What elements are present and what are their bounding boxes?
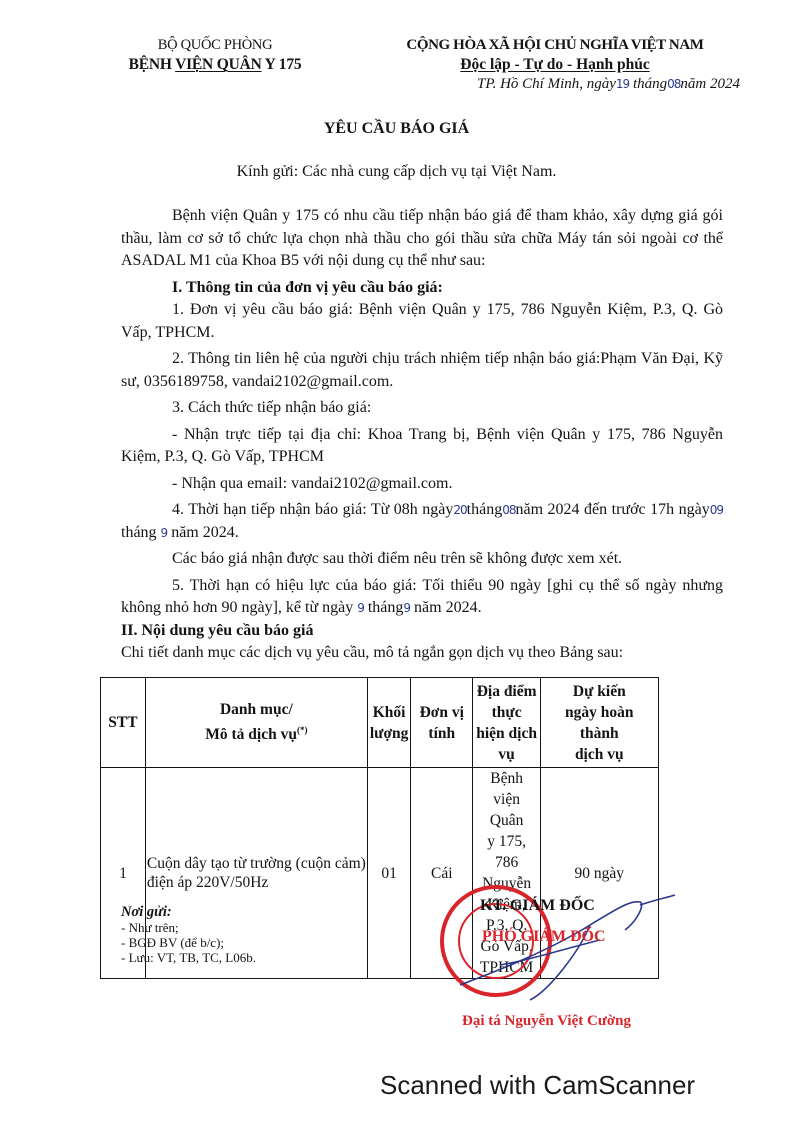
issuer-header: BỘ QUỐC PHÒNG BỆNH VIỆN QUÂN Y 175 <box>100 36 330 74</box>
item-4-text-5: năm 2024. <box>167 524 239 541</box>
header-eta-line-1: Dự kiến <box>573 683 626 700</box>
distribution-item: - Lưu: VT, TB, TC, L06b. <box>121 950 256 965</box>
header-stt: STT <box>101 678 146 768</box>
header-unit-line-1: Đơn vị <box>420 704 464 721</box>
header-unit: Đơn vịtính <box>411 678 473 768</box>
section-2-heading: II. Nội dung yêu cầu báo giá <box>121 620 723 643</box>
item-4-text-4: tháng <box>121 524 161 541</box>
section-1-heading: I. Thông tin của đơn vị yêu cầu báo giá: <box>121 277 723 300</box>
header-unit-line-2: tính <box>428 725 455 742</box>
cell-quantity: 01 <box>367 768 411 979</box>
place-line-1: Bệnh viện Quân <box>490 770 524 829</box>
item-4-from-month-handwritten: 08 <box>502 503 515 517</box>
nation-name: CỘNG HÒA XÃ HỘI CHỦ NGHĨA VIỆT NAM <box>370 36 740 55</box>
section-1-item-1: 1. Đơn vị yêu cầu báo giá: Bệnh viện Quâ… <box>121 299 723 344</box>
distribution-item: - Như trên; <box>121 920 256 935</box>
date-day-handwritten: 19 <box>616 77 629 91</box>
item-4-text-1: 4. Thời hạn tiếp nhận báo giá: Từ 08h ng… <box>172 501 453 518</box>
date-year: năm 2024 <box>680 76 740 92</box>
header-eta-line-4: dịch vụ <box>575 746 624 763</box>
header-place-line-1: Địa điểm thực <box>477 683 537 721</box>
item-4-text-3: năm 2024 đến trước 17h ngày <box>516 501 710 518</box>
section-1-item-3-email: - Nhận qua email: vandai2102@gmail.com. <box>121 473 723 496</box>
signer-position: PHÓ GIÁM ĐỐC <box>482 928 606 946</box>
national-header: CỘNG HÒA XÃ HỘI CHỦ NGHĨA VIỆT NAM Độc l… <box>370 36 740 75</box>
section-1-item-3: 3. Cách thức tiếp nhận báo giá: <box>121 397 723 420</box>
place-line-2: y 175, 786 <box>487 833 526 871</box>
table-header-row: STT Danh mục/Mô tả dịch vụ(*) Khốilượng … <box>101 678 732 768</box>
header-description: Danh mục/Mô tả dịch vụ(*) <box>145 678 367 768</box>
document-title: YÊU CẦU BÁO GIÁ <box>0 120 793 138</box>
item-4-to-day-handwritten: 09 <box>710 503 723 517</box>
footnote-marker: (*) <box>297 725 308 735</box>
signing-authority: KT. GIÁM ĐỐC <box>480 897 595 915</box>
ministry-name: BỘ QUỐC PHÒNG <box>100 36 330 55</box>
item-5-text-2: tháng <box>364 599 404 616</box>
header-description-line-1: Danh mục/ <box>220 701 293 718</box>
section-1-item-2: 2. Thông tin liên hệ của người chịu trác… <box>121 348 723 393</box>
section-2-lead: Chi tiết danh mục các dịch vụ yêu cầu, m… <box>121 642 723 665</box>
national-motto: Độc lập - Tự do - Hạnh phúc <box>460 56 649 73</box>
unit-name: BỆNH VIỆN QUÂN Y 175 <box>100 55 330 74</box>
item-4-from-day-handwritten: 20 <box>453 503 466 517</box>
item-5-text-3: năm 2024. <box>410 599 482 616</box>
unit-name-suffix: Y 175 <box>262 56 302 73</box>
distribution-list: Nơi gửi: - Như trên; - BGĐ BV (để b/c); … <box>121 905 256 965</box>
date-prefix: TP. Hồ Chí Minh, ngày <box>477 76 616 92</box>
unit-name-underlined: VIỆN QUÂN <box>175 56 261 73</box>
header-place: Địa điểm thựchiện dịch vụ <box>473 678 541 768</box>
document-body: Bệnh viện Quân y 175 có nhu cầu tiếp nhậ… <box>121 205 723 665</box>
recipient-line: Kính gửi: Các nhà cung cấp dịch vụ tại V… <box>0 163 793 181</box>
issue-date: TP. Hồ Chí Minh, ngày19 tháng08năm 2024 <box>420 76 740 93</box>
item-4-text-2: tháng <box>467 501 503 518</box>
header-eta-line-3: thành <box>580 725 619 742</box>
header-place-line-2: hiện dịch vụ <box>476 725 537 763</box>
section-1-item-5: 5. Thời hạn có hiệu lực của báo giá: Tối… <box>121 575 723 620</box>
section-1-item-3-direct: - Nhận trực tiếp tại địa chỉ: Khoa Trang… <box>121 424 723 469</box>
distribution-item: - BGĐ BV (để b/c); <box>121 935 256 950</box>
intro-paragraph: Bệnh viện Quân y 175 có nhu cầu tiếp nhậ… <box>121 205 723 273</box>
header-description-line-2: Mô tả dịch vụ <box>205 727 297 744</box>
late-submission-note: Các báo giá nhận được sau thời điểm nêu … <box>121 548 723 571</box>
header-eta-line-2: ngày hoàn <box>565 704 634 721</box>
camscanner-watermark: Scanned with CamScanner <box>380 1070 695 1101</box>
section-1-item-4: 4. Thời hạn tiếp nhận báo giá: Từ 08h ng… <box>121 499 723 544</box>
header-eta: Dự kiếnngày hoànthànhdịch vụ <box>541 678 658 768</box>
date-month-handwritten: 08 <box>667 77 680 91</box>
item-5-day-handwritten: 9 <box>357 601 364 615</box>
distribution-label: Nơi gửi: <box>121 905 256 920</box>
date-month-label: tháng <box>633 76 667 92</box>
header-quantity-line-2: lượng <box>370 725 409 742</box>
signer-name: Đại tá Nguyễn Việt Cường <box>462 1013 631 1030</box>
header-quantity: Khốilượng <box>367 678 411 768</box>
header-quantity-line-1: Khối <box>373 704 406 721</box>
unit-name-prefix: BỆNH <box>129 56 176 73</box>
